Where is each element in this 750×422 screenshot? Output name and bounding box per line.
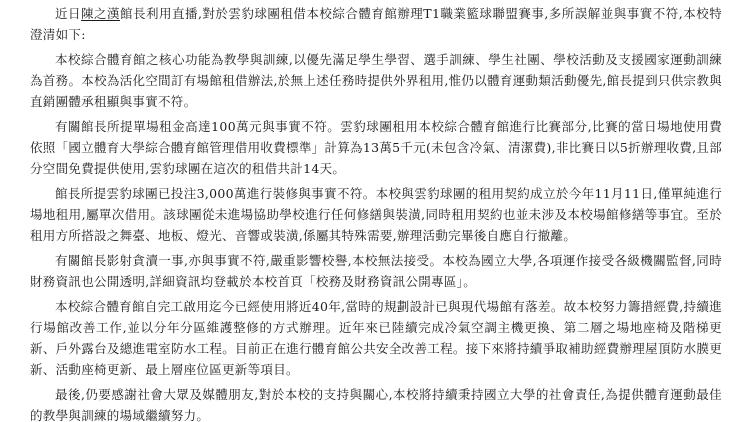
- paragraph-closing-thanks: 最後,仍要感謝社會大眾及媒體朋友,對於本校的支持與關心,本校將持續秉持國立大學的…: [30, 384, 722, 422]
- paragraph-intro: 近日陳之漢館長利用直播,對於雲豹球團租借本校綜合體育館辦理T1職業籃球聯盟賽事,…: [30, 3, 722, 45]
- paragraph-facility-improvements: 本校綜合體育館自完工啟用迄今已經使用將近40年,當時的規劃設計已與現代場館有落差…: [30, 296, 722, 380]
- intro-rest: 館長利用直播,對於雲豹球團租借本校綜合體育館辦理T1職業籃球聯盟賽事,多所誤解並…: [30, 6, 722, 42]
- paragraph-renovation-claim: 館長所提雲豹球團已投注3,000萬進行裝修與事實不符。本校與雲豹球團的租用契約成…: [30, 183, 722, 246]
- person-name-underlined: 陳之漢: [81, 6, 120, 21]
- paragraph-corruption-denial: 有關館長影射貪瀆一事,亦與事實不符,嚴重影響校譽,本校無法接受。本校為國立大學,…: [30, 250, 722, 292]
- paragraph-rental-fee: 有關館長所提單場租金高達100萬元與事實不符。雲豹球團租用本校綜合體育館進行比賽…: [30, 116, 722, 179]
- intro-prefix: 近日: [55, 6, 81, 21]
- statement-document: 近日陳之漢館長利用直播,對於雲豹球團租借本校綜合體育館辦理T1職業籃球聯盟賽事,…: [0, 0, 750, 422]
- paragraph-core-function: 本校綜合體育館之核心功能為教學與訓練,以優先滿足學生學習、選手訓練、學生社團、學…: [30, 49, 722, 112]
